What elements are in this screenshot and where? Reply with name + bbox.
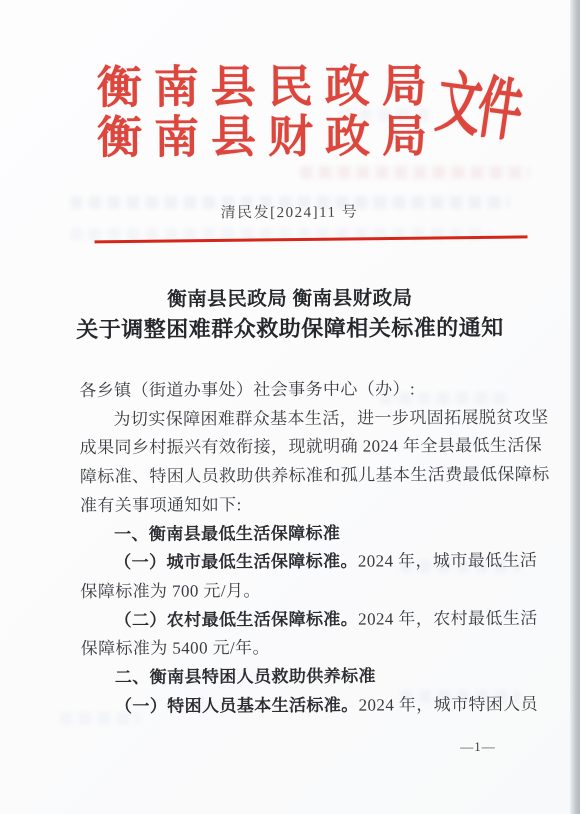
document-body: 各乡镇（街道办事处）社会事务中心（办）: 为切实保障困难群众基本生活，进一步巩固… bbox=[79, 375, 511, 722]
body-line: （二）农村最低生活保障标准。2024 年，农村最低生活 bbox=[80, 604, 510, 635]
section-heading-2: 二、衡南县特困人员救助供养标准 bbox=[81, 662, 511, 693]
body-line: 保障标准为 5400 元/年。 bbox=[81, 633, 511, 664]
body-line: 为切实保障困难群众基本生活，进一步巩固拓展脱贫攻坚 bbox=[79, 404, 509, 435]
body-line: 保障标准为 700 元/月。 bbox=[80, 576, 510, 607]
issuing-org-line-1: 衡南县民政局 bbox=[97, 61, 457, 113]
scanned-document-page: 衡南县民政局 衡南县财政局 文件 清民发[2024]11 号 衡南县民政局 衡南… bbox=[0, 0, 580, 814]
issuing-org-line-2: 衡南县财政局 bbox=[97, 111, 457, 163]
doc-number: 清民发[2024]11 号 bbox=[0, 199, 579, 223]
doc-type-mark: 文件 bbox=[432, 69, 533, 148]
scan-edge-shadow bbox=[570, 0, 580, 814]
red-separator-line bbox=[95, 235, 528, 243]
salutation-line: 各乡镇（街道办事处）社会事务中心（办）: bbox=[79, 375, 509, 406]
body-line: （一）特困人员基本生活标准。2024 年，城市特困人员 bbox=[81, 691, 511, 722]
body-line: （一）城市最低生活保障标准。2024 年，城市最低生活 bbox=[80, 547, 510, 578]
body-line: 障标准、特困人员救助供养标准和孤儿基本生活费最低保障标 bbox=[80, 461, 510, 492]
title-issuing-orgs: 衡南县民政局 衡南县财政局 bbox=[0, 281, 580, 312]
document-content: 衡南县民政局 衡南县财政局 文件 清民发[2024]11 号 衡南县民政局 衡南… bbox=[0, 0, 580, 814]
body-line: 成果同乡村振兴有效衔接，现就明确 2024 年全县最低生活保 bbox=[80, 432, 510, 463]
title-subject: 关于调整困难群众救助保障相关标准的通知 bbox=[0, 310, 580, 344]
body-line: 准有关事项通知如下: bbox=[80, 490, 510, 521]
page-number: —1— bbox=[460, 739, 496, 755]
section-heading-1: 一、衡南县最低生活保障标准 bbox=[80, 518, 510, 549]
